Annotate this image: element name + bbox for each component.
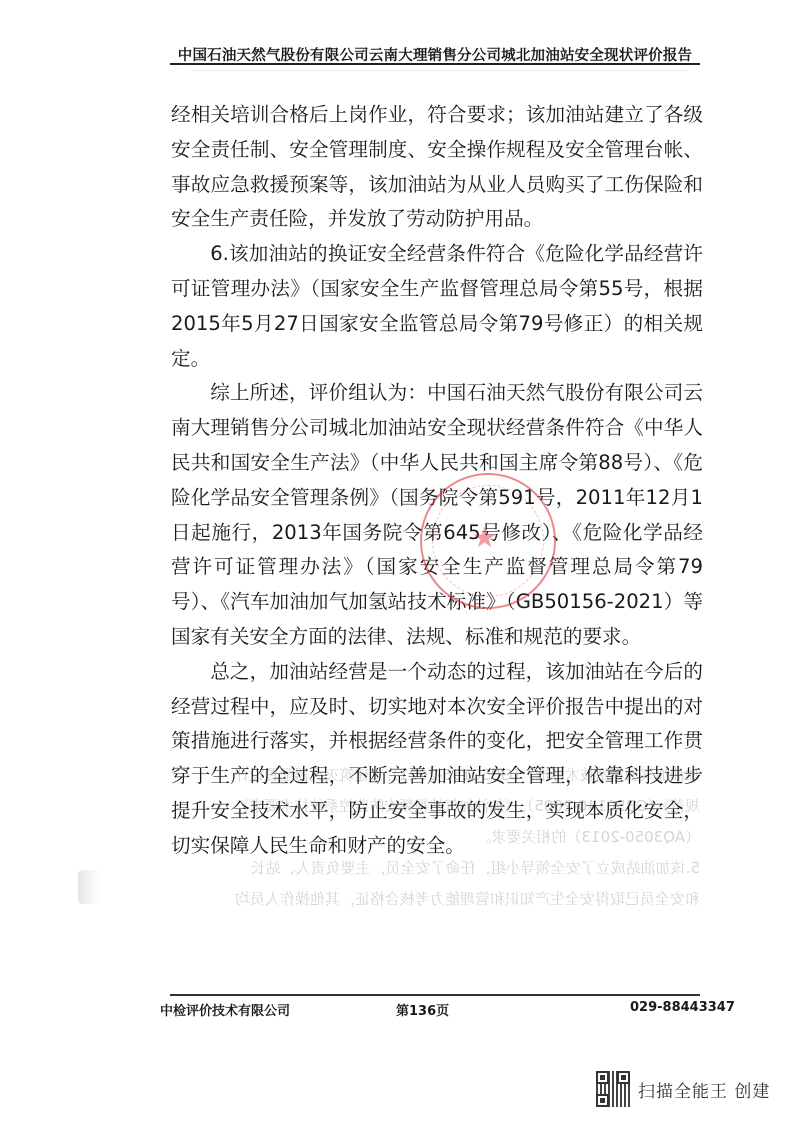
footer-phone: 029-88443347 bbox=[630, 1000, 735, 1015]
paragraph-conclusion: 综上所述，评价组认为：中国石油天然气股份有限公司云南大理销售分公司城北加油站安全… bbox=[171, 376, 703, 654]
scan-smudge bbox=[78, 870, 100, 904]
scanner-watermark: 扫描全能王 创建 bbox=[596, 1071, 770, 1107]
paragraph-staff-training: 经相关培训合格后上岗作业，符合要求；该加油站建立了各级安全责任制、安全管理制度、… bbox=[171, 98, 703, 237]
watermark-text: 扫描全能王 创建 bbox=[638, 1077, 770, 1102]
report-header-title: 中国石油天然气股份有限公司云南大理销售分公司城北加油站安全现状评价报告 bbox=[170, 44, 700, 65]
document-page: 中国石油天然气股份有限公司云南大理销售分公司城北加油站安全现状评价报告 加油加气… bbox=[0, 0, 793, 1123]
paragraph-summary: 总之，加油站经营是一个动态的过程，该加油站在今后的经营过程中，应及时、切实地对本… bbox=[171, 655, 703, 864]
paragraph-license-conditions: 6.该加油站的换证安全经营条件符合《危险化学品经营许可证管理办法》（国家安全生产… bbox=[171, 237, 703, 376]
footer-page-number: 第136页 bbox=[396, 1000, 449, 1019]
qr-code-icon bbox=[596, 1071, 630, 1107]
bleed-line: 和安全员已取得安全生产知识和管理能力考核合格证，其他操作人员均 bbox=[180, 884, 700, 915]
report-body: 经相关培训合格后上岗作业，符合要求；该加油站建立了各级安全责任制、安全管理制度、… bbox=[171, 98, 703, 864]
footer-divider bbox=[170, 994, 700, 996]
header-divider bbox=[170, 63, 700, 65]
bleed-through-divider bbox=[190, 70, 690, 71]
footer-company: 中检评价技术有限公司 bbox=[160, 1000, 290, 1019]
